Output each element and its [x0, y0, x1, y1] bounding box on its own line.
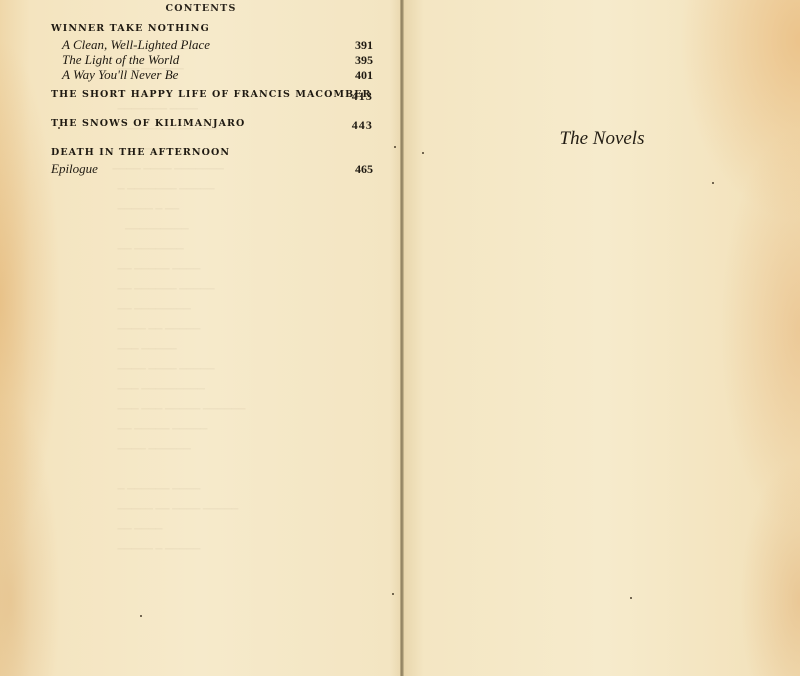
toc-section-page: 413: [352, 89, 373, 104]
book-spread: ─── ─────── ─── ────── ─────── ──── ─ ──…: [0, 0, 800, 676]
toc-entry-title: A Way You'll Never Be: [51, 67, 178, 82]
paper-speck: [422, 152, 424, 154]
toc-entry: A Clean, Well-Lighted Place 391: [51, 36, 373, 51]
table-of-contents: WINNER TAKE NOTHING A Clean, Well-Lighte…: [51, 21, 373, 175]
toc-entry-page: 401: [355, 68, 373, 83]
toc-section-title: WINNER TAKE NOTHING: [51, 21, 373, 36]
section-heading: The Novels: [404, 128, 800, 150]
right-page: ────────── ──────── ────── ───── ────── …: [404, 0, 800, 676]
paper-speck: [140, 615, 142, 617]
toc-entry: Epilogue 465: [51, 160, 373, 175]
toc-section: THE SHORT HAPPY LIFE OF FRANCIS MACOMBER…: [51, 87, 373, 102]
toc-section-title: THE SHORT HAPPY LIFE OF FRANCIS MACOMBER: [51, 89, 372, 100]
toc-entry-title: A Clean, Well-Lighted Place: [51, 37, 210, 52]
toc-entry: A Way You'll Never Be 401: [51, 66, 373, 81]
toc-section: THE SNOWS OF KILIMANJARO 443: [51, 116, 373, 131]
toc-section-title: DEATH IN THE AFTERNOON: [51, 145, 373, 160]
toc-section-title: THE SNOWS OF KILIMANJARO: [51, 118, 245, 129]
toc-entry-title: Epilogue: [51, 161, 98, 176]
paper-speck: [630, 597, 632, 599]
paper-speck: [394, 146, 396, 148]
paper-speck: [392, 593, 394, 595]
toc-entry-page: 465: [355, 162, 373, 177]
paper-speck: [58, 127, 60, 129]
left-page: ─── ─────── ─── ────── ─────── ──── ─ ──…: [0, 0, 402, 676]
toc-section-page: 443: [352, 118, 373, 133]
contents-header: CONTENTS: [0, 3, 402, 14]
toc-entry-title: The Light of the World: [51, 52, 179, 67]
paper-speck: [712, 182, 714, 184]
toc-entry: The Light of the World 395: [51, 51, 373, 66]
